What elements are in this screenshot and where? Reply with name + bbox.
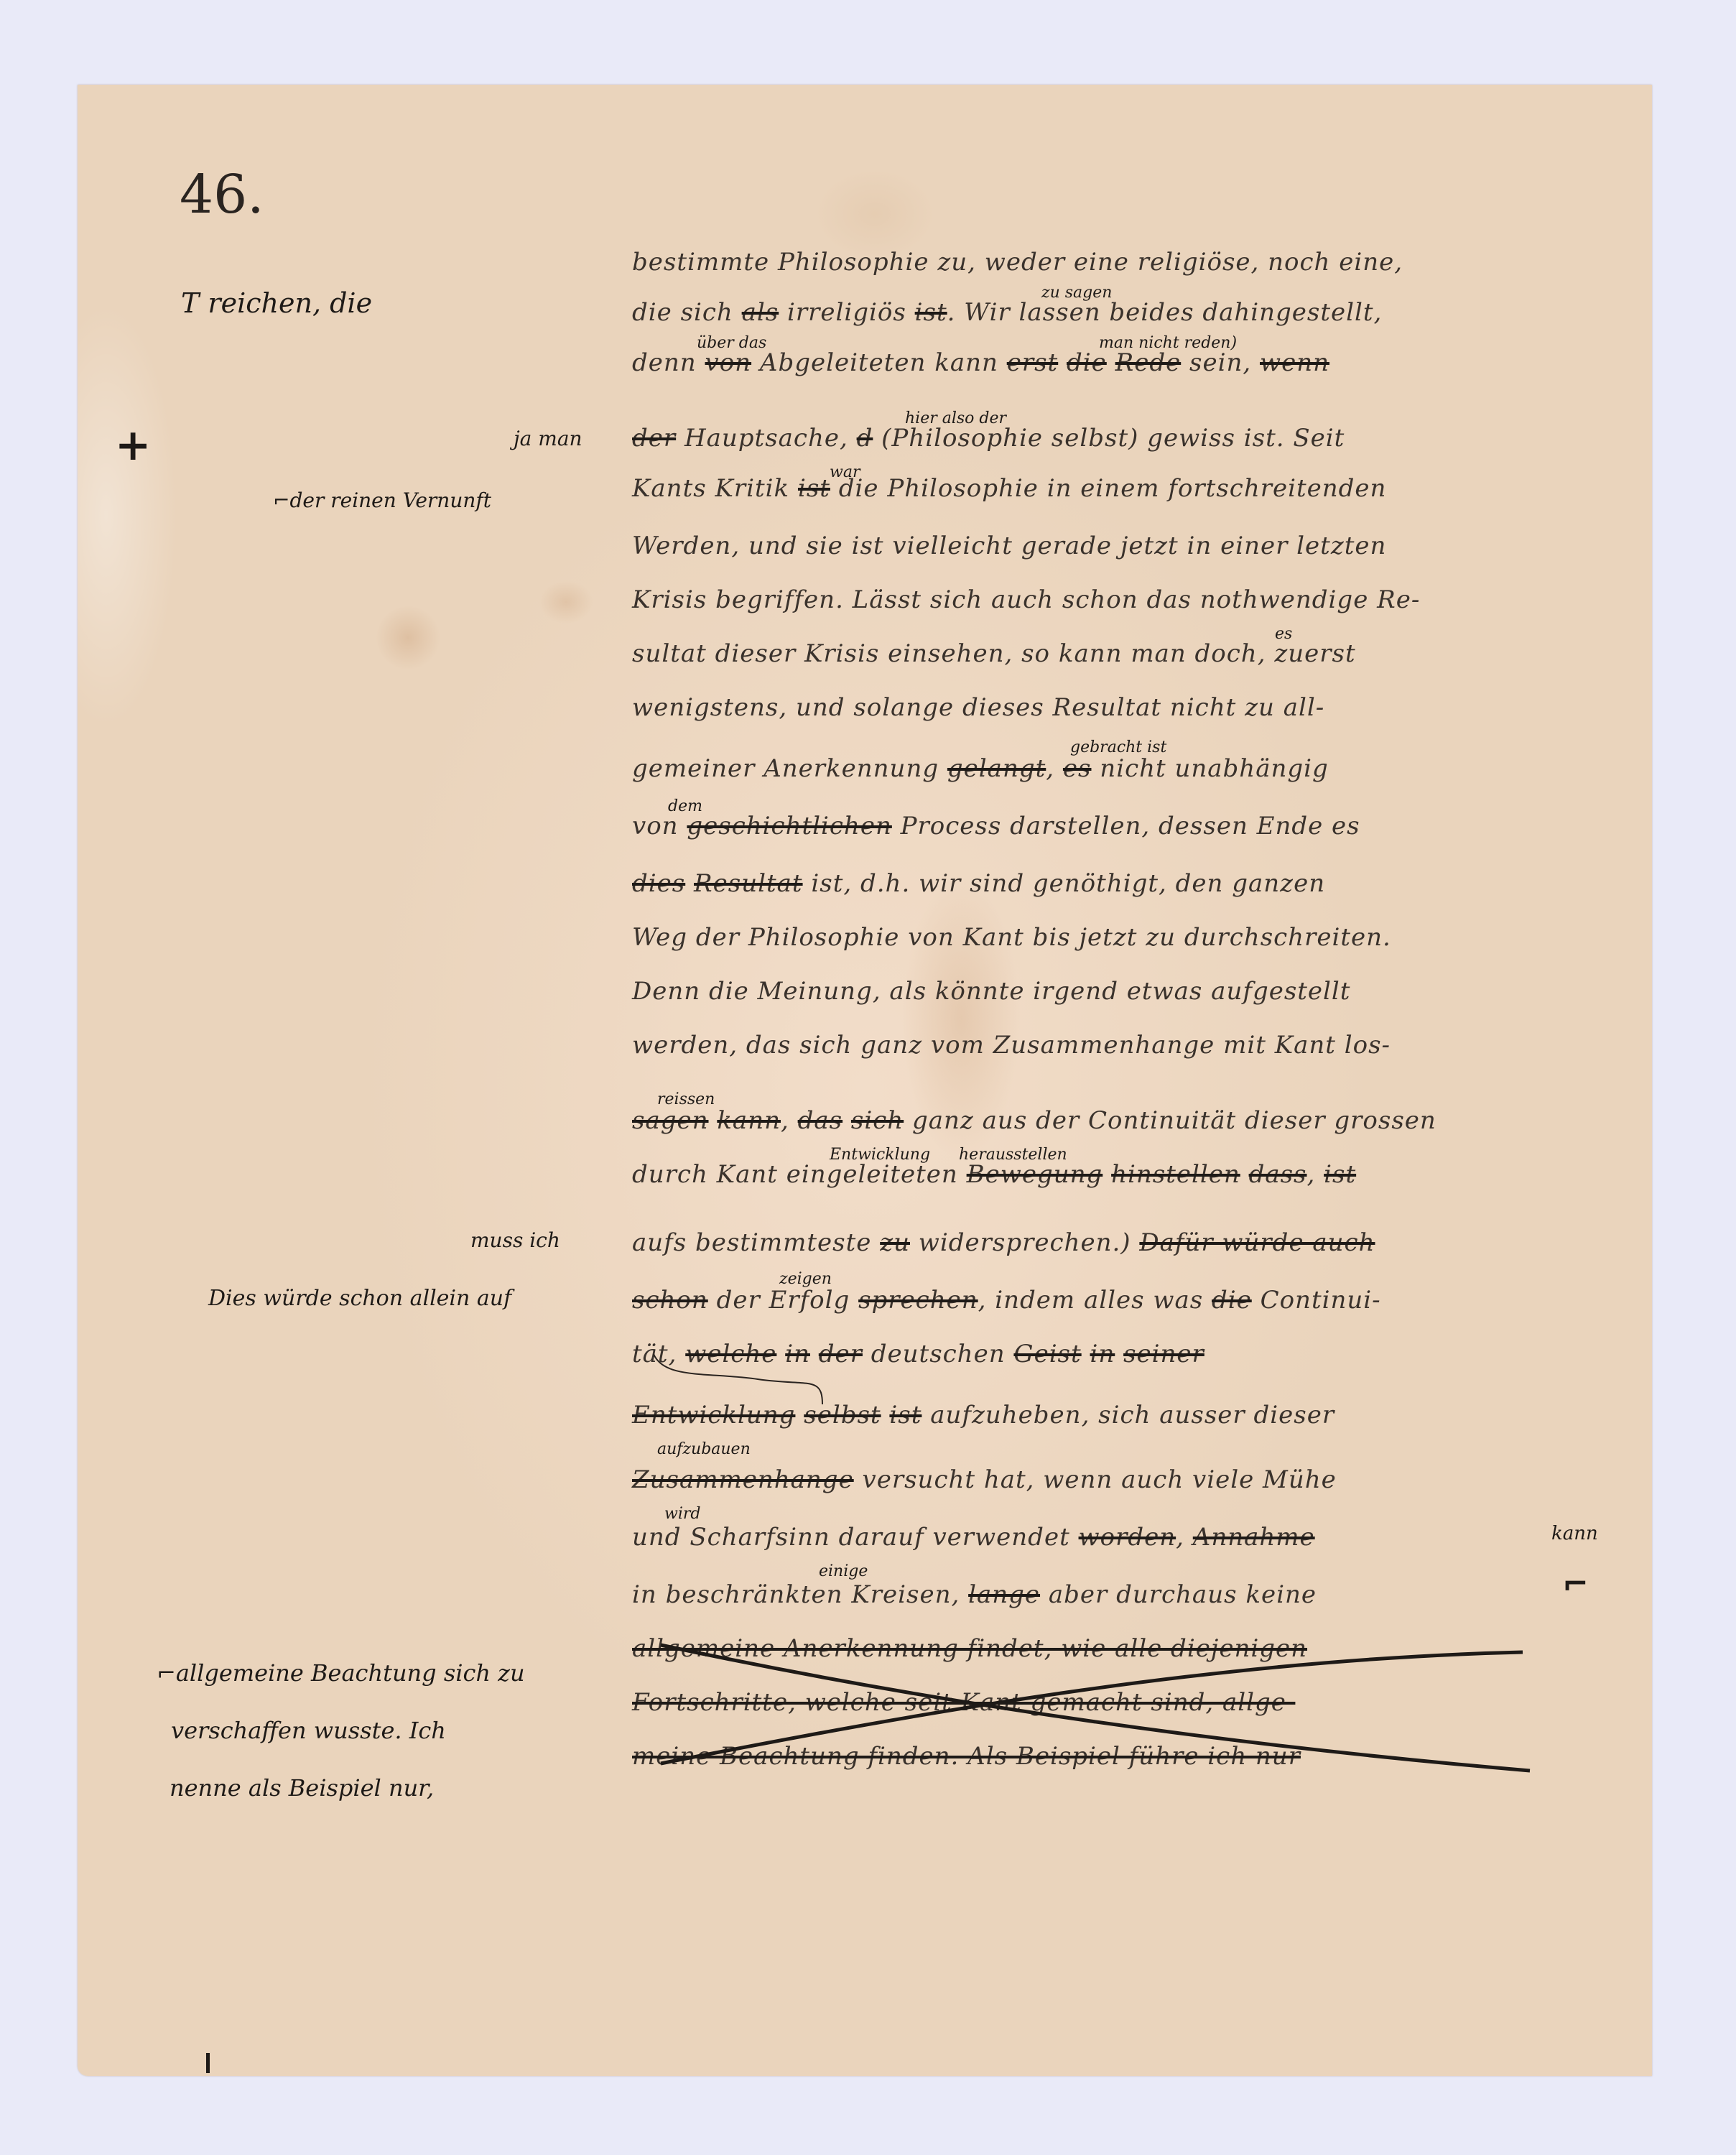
insertion-einige: einige <box>819 1562 868 1580</box>
insertion-wird: wird <box>664 1505 700 1523</box>
cancellation-x-mark <box>646 1631 1580 1774</box>
margin-note-right-insert: kann <box>1551 1523 1598 1544</box>
margin-note-dies-wuerde: Dies würde schon allein auf <box>208 1286 511 1311</box>
margin-note-bottom-2: verschaffen wusste. Ich <box>171 1717 446 1744</box>
text-line-8: sultat dieser Krisis einsehen, so kann m… <box>632 639 1356 668</box>
text-line-9: wenigstens, und solange dieses Resultat … <box>632 693 1324 722</box>
insertion-entwicklung: Entwicklung <box>830 1146 930 1164</box>
margin-bracket-right: ⌐ <box>1562 1566 1589 1603</box>
text-line-3: denn von Abgeleiteten kann erst die Rede… <box>632 348 1329 377</box>
text-line-17: durch Kant eingeleiteten Bewegung hinste… <box>632 1160 1356 1189</box>
edge-tick-mark <box>206 2053 210 2073</box>
insertion-zeigen: zeigen <box>779 1270 832 1288</box>
insertion-dem: dem <box>668 797 702 815</box>
insertion-gebracht-ist: gebracht ist <box>1070 738 1166 756</box>
text-line-23: und Scharfsinn darauf verwendet worden, … <box>632 1523 1315 1552</box>
margin-note-bottom-3: nenne als Beispiel nur, <box>170 1774 434 1802</box>
text-line-16: sagen kann, das sich ganz aus der Contin… <box>632 1106 1436 1135</box>
margin-note-prefix: ja man <box>514 427 582 450</box>
text-line-11: von geschichtlichen Process darstellen, … <box>632 812 1360 840</box>
text-line-5: Kants Kritik ist die Philosophie in eine… <box>632 474 1386 503</box>
text-line-4: der Hauptsache, d (Philosophie selbst) g… <box>632 424 1345 453</box>
insertion-ueber-das: über das <box>697 334 766 352</box>
page-number: 46. <box>180 164 264 226</box>
margin-note-top: T reichen, die <box>181 287 372 319</box>
text-line-22: Zusammenhange versucht hat, wenn auch vi… <box>632 1465 1337 1494</box>
text-line-7: Krisis begriffen. Lässt sich auch schon … <box>632 585 1420 614</box>
insertion-aufzubauen: aufzubauen <box>657 1440 751 1458</box>
margin-note-reason: ⌐der reinen Vernunft <box>273 488 491 512</box>
margin-note-bottom-1: ⌐allgemeine Beachtung sich zu <box>157 1659 525 1687</box>
text-line-12: dies Resultat ist, d.h. wir sind genöthi… <box>632 869 1325 898</box>
insertion-es: es <box>1275 625 1292 643</box>
text-line-10: gemeiner Anerkennung gelangt, es nicht u… <box>632 754 1329 783</box>
insertion-herausstellen: herausstellen <box>959 1146 1067 1164</box>
text-line-14: Denn die Meinung, als könnte irgend etwa… <box>632 977 1350 1006</box>
text-line-15: werden, das sich ganz vom Zusammenhange … <box>632 1031 1391 1060</box>
text-line-1: bestimmte Philosophie zu, weder eine rel… <box>632 248 1403 277</box>
text-line-19: schon der Erfolg sprechen, indem alles w… <box>632 1286 1381 1315</box>
insertion-reissen: reissen <box>657 1090 715 1108</box>
insertion-zu-sagen: zu sagen <box>1041 284 1112 302</box>
text-line-2: die sich als irreligiös ist. Wir lassen … <box>632 298 1382 327</box>
insertion-hier-also-der: hier also der <box>905 409 1006 427</box>
insertion-loop-line <box>650 1350 837 1408</box>
text-line-6: Werden, und sie ist vielleicht gerade je… <box>632 532 1386 560</box>
text-line-13: Weg der Philosophie von Kant bis jetzt z… <box>632 923 1391 952</box>
text-line-24: in beschränkten Kreisen, lange aber durc… <box>632 1580 1317 1609</box>
insertion-cross-mark: + <box>115 420 151 471</box>
margin-note-muss-ich: muss ich <box>470 1228 560 1252</box>
insertion-man-nicht-reden: man nicht reden) <box>1099 334 1237 352</box>
insertion-war: war <box>830 463 860 481</box>
text-line-18: aufs bestimmteste zu widersprechen.) Daf… <box>632 1228 1375 1257</box>
